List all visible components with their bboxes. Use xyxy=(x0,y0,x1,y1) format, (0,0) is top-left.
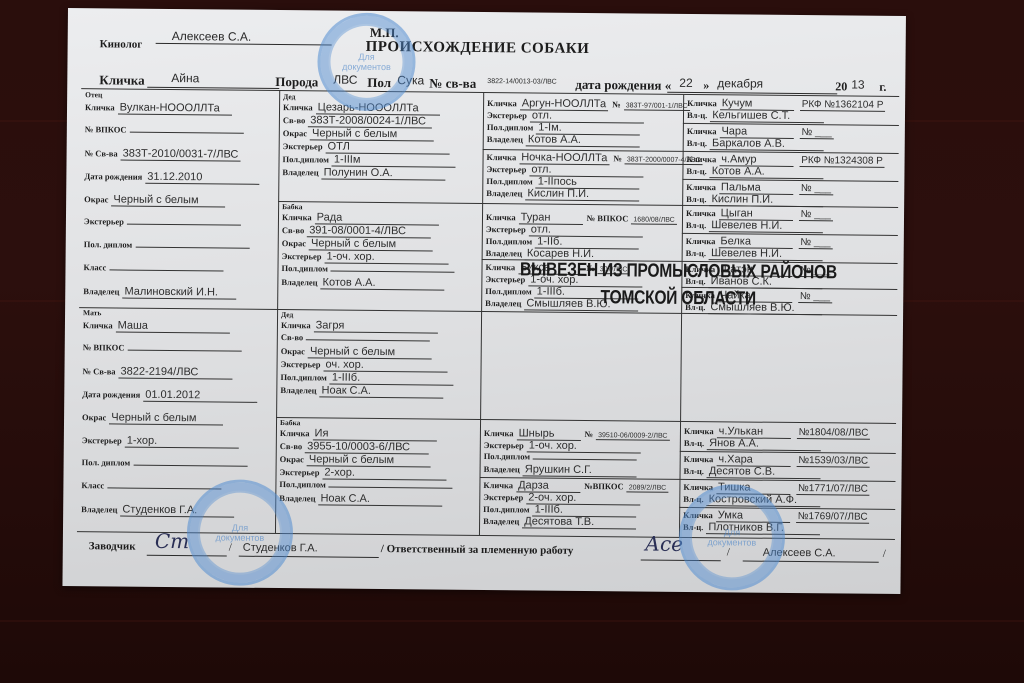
grandparent-field-label: Владелец xyxy=(280,385,316,395)
divider xyxy=(278,201,482,204)
ggg-name-label: Кличка xyxy=(686,236,716,246)
father-field: № Св-ва383Т-2010/0031-7/ЛВС xyxy=(85,147,241,161)
role-label: Отец xyxy=(85,90,102,99)
dob-year-prefix: 20 xyxy=(835,79,847,94)
grandparent-field-label: Кличка xyxy=(280,428,310,438)
grandparent-field-value xyxy=(306,339,430,341)
mother-field-label: Пол. диплом xyxy=(82,457,131,467)
notice-line-2: ТОМСКОЙ ОБЛАСТИ xyxy=(508,283,848,313)
stamp-icon: Для документов xyxy=(317,12,416,111)
gg-num-label: № ВПКОС xyxy=(587,213,629,223)
father-field-value xyxy=(135,247,249,249)
ggg-owner-label: Вл-ц. xyxy=(686,220,706,230)
father-field-label: Экстерьер xyxy=(84,216,124,226)
dob-day: 22 xyxy=(679,76,692,90)
mother-field: № ВПКОС xyxy=(83,342,242,354)
father-field-label: № Св-ва xyxy=(85,148,118,158)
grandparent-field-value: Черный с белым xyxy=(310,127,434,141)
gg-num-label: №ВПКОС xyxy=(584,481,624,491)
gg-owner-label: Владелец xyxy=(484,464,520,474)
ggg-owner-value: Десятов С.В. xyxy=(707,465,821,479)
father-field: ВладелецМалиновский И.Н. xyxy=(83,285,236,299)
pedigree-certificate: Кинолог Алексеев С.А. М.П. ПРОИСХОЖДЕНИЕ… xyxy=(62,8,906,594)
gg-num-label: № xyxy=(613,153,622,163)
mother-field-label: Дата рождения xyxy=(82,389,140,400)
mother-field-label: Класс xyxy=(81,480,104,490)
responsible-label: / Ответственный за племенную работу xyxy=(381,543,574,557)
grandparent-field-label: Св-во xyxy=(282,225,304,235)
grandparent-field-label: Кличка xyxy=(283,102,313,112)
father-field-label: № ВПКОС xyxy=(85,124,127,134)
dob-year-end: г. xyxy=(879,80,886,95)
grandparent-field-value: Черный с белым xyxy=(309,237,433,251)
gg-diploma-value xyxy=(533,458,637,460)
gg-name-label: Кличка xyxy=(487,98,517,108)
father-field: КличкаВулкан-НОООЛЛТа xyxy=(85,101,232,115)
gg-exterior-label: Экстерьер xyxy=(487,110,527,120)
ggg-owner-value: Баркалов А.В. xyxy=(710,137,824,151)
ggg-owner-label: Вл-ц. xyxy=(684,438,704,448)
ggg-owner-label: Вл-ц. xyxy=(686,166,706,176)
grandparent-field-label: Экстерьер xyxy=(282,251,322,261)
grandparent-field-value: Ноак С.А. xyxy=(318,492,442,506)
ggg-owner-value: Кислин П.И. xyxy=(709,193,823,207)
grandparent-field: ВладелецКотов А.А. xyxy=(281,276,444,291)
grandparent-field-label: Св-во xyxy=(281,332,303,342)
role-label: Бабка xyxy=(280,418,301,427)
pedigree-grid: ОтецКличкаВулкан-НОООЛЛТа№ ВПКОС№ Св-ва3… xyxy=(77,88,899,540)
grandparent-field-value xyxy=(331,271,455,273)
mother-field-label: Экстерьер xyxy=(82,435,122,445)
father-field-label: Кличка xyxy=(85,102,115,112)
gg-owner-label: Владелец xyxy=(483,516,519,526)
dob-year-suffix: 13 xyxy=(851,78,864,92)
gg-diploma: Пол.диплом xyxy=(484,451,637,462)
grandparent-field-value: 3955-10/0003-6/ЛВС xyxy=(305,440,429,454)
stamp-text: документов xyxy=(708,537,757,547)
grandparent-field: ВладелецНоак С.А. xyxy=(280,384,443,399)
grandparent-field-value: ОТЛ xyxy=(326,140,450,154)
mother-field-label: № ВПКОС xyxy=(83,342,125,352)
father-field-value: Вулкан-НОООЛЛТа xyxy=(118,101,232,115)
mother-field-value xyxy=(133,465,247,467)
gg-exterior-label: Экстерьер xyxy=(486,224,526,234)
ggg-owner-value: Шевелев Н.И. xyxy=(709,219,823,233)
gg-diploma-label: Пол.диплом xyxy=(486,236,532,246)
grandparent-field-value: 1-оч. хор. xyxy=(324,250,448,264)
gg-exterior-label: Экстерьер xyxy=(483,492,523,502)
nickname-value: Айна xyxy=(171,71,199,85)
wood-grain xyxy=(0,620,1024,622)
gg-diploma-label: Пол.диплом xyxy=(483,504,529,514)
grandparent-field-label: Кличка xyxy=(281,320,311,330)
father-field: № ВПКОС xyxy=(85,124,244,136)
mother-field-label: № Св-ва xyxy=(82,366,115,376)
mother-field-value: 1-хор. xyxy=(125,435,239,449)
mother-field: № Св-ва3822-2194/ЛВС xyxy=(82,365,232,379)
grandparent-field-label: Св-во xyxy=(283,115,305,125)
ggg-name-label: Кличка xyxy=(687,126,717,136)
grandparent-field-label: Владелец xyxy=(282,167,318,177)
father-field-label: Владелец xyxy=(83,286,119,296)
ggg-owner-value: Кельгишев С.Т. xyxy=(710,109,824,123)
ggg-owner: Вл-ц.Янов А.А. xyxy=(684,437,821,451)
gg-owner-value: Десятова Т.В. xyxy=(522,515,636,529)
ggg-name-label: Кличка xyxy=(687,98,717,108)
gg-name-label: Кличка xyxy=(484,428,514,438)
cert-value: 3822-14/0013-03/ЛВС xyxy=(487,78,556,86)
mother-field-label: Кличка xyxy=(83,320,113,330)
grandparent-field-value: 383Т-2008/0024-1/ЛВС xyxy=(308,114,432,128)
gg-owner: ВладелецКотов А.А. xyxy=(487,133,640,147)
ggg-owner-label: Вл-ц. xyxy=(687,110,707,120)
father-field-label: Пол. диплом xyxy=(84,239,133,249)
role-label: Дед xyxy=(281,310,293,319)
father-field-label: Класс xyxy=(83,262,106,272)
ggg-owner-label: Вл-ц. xyxy=(684,466,704,476)
gg-owner: ВладелецКислин П.И. xyxy=(486,187,639,201)
stamp-text: Для xyxy=(724,527,740,537)
gg-owner-label: Владелец xyxy=(486,188,522,198)
ggg-owner: Вл-ц.Баркалов А.В. xyxy=(687,137,824,151)
gg-diploma-label: Пол.диплом xyxy=(484,451,530,461)
divider xyxy=(480,419,896,424)
grandparent-field-label: Экстерьер xyxy=(280,467,320,477)
ggg-name-label: Кличка xyxy=(684,454,714,464)
ggg-owner: Вл-ц.Котов А.А. xyxy=(686,165,823,179)
grandparent-field-label: Св-во xyxy=(280,441,302,451)
gg-name-label: Кличка xyxy=(487,152,517,162)
grandparent-field-value: Загря xyxy=(314,319,438,333)
grandparent-field-label: Владелец xyxy=(279,493,315,503)
grandparent-field-value: 1-IIIм xyxy=(332,154,456,168)
ggg-owner: Вл-ц.Шевелев Н.И. xyxy=(686,219,823,233)
underline xyxy=(156,43,332,46)
divider xyxy=(276,417,480,420)
grandparent-field-value: Черный с белым xyxy=(307,453,431,467)
grandparent-field: Св-во xyxy=(281,332,430,343)
mother-field: Дата рождения01.01.2012 xyxy=(82,388,257,403)
grandparent-field-label: Пол.диплом xyxy=(279,479,325,489)
father-section: ОтецКличкаВулкан-НОООЛЛТа№ ВПКОС№ Св-ва3… xyxy=(83,91,277,307)
mother-field: Экстерьер1-хор. xyxy=(82,434,239,449)
ggg-owner-value: Янов А.А. xyxy=(707,437,821,451)
mother-field-value: Черный с белым xyxy=(109,411,223,425)
gg-num-label: № xyxy=(612,99,621,109)
mother-field: Пол. диплом xyxy=(82,457,248,469)
dob-month: декабря xyxy=(717,76,763,90)
mother-field-value: 3822-2194/ЛВС xyxy=(119,366,233,380)
father-field-label: Дата рождения xyxy=(84,171,142,182)
role-label: Бабка xyxy=(282,202,303,211)
gg-exterior-label: Экстерьер xyxy=(486,164,526,174)
father-field-value: 31.12.2010 xyxy=(145,171,259,185)
father-field: Экстерьер xyxy=(84,216,241,228)
gg-name-label: Кличка xyxy=(486,212,516,222)
grandparent-field-value: Котов А.А. xyxy=(321,276,445,290)
grandparent-field-value: оч. хор. xyxy=(323,358,447,372)
ggg-name-label: Кличка xyxy=(684,426,714,436)
father-field: Класс xyxy=(83,262,223,273)
grandparent-field-label: Экстерьер xyxy=(283,141,323,151)
stamp-text: документов xyxy=(342,62,391,72)
breeder-signature: Ст xyxy=(155,529,190,553)
ggg-owner: Вл-ц.Кислин П.И. xyxy=(686,193,823,207)
mother-field-label: Окрас xyxy=(82,412,106,422)
father-field: Дата рождения31.12.2010 xyxy=(84,170,259,185)
grandparent-field-label: Кличка xyxy=(282,212,312,222)
ggg-name-label: Кличка xyxy=(686,182,716,192)
stamp-text: Для xyxy=(232,523,248,533)
ggg-owner: Вл-ц.Десятов С.В. xyxy=(684,465,821,479)
grandparent-field-value: Полунин О.А. xyxy=(322,166,446,180)
grandparent-field-value: 391-08/0001-4/ЛВС xyxy=(307,224,431,238)
ggg-owner-label: Вл-ц. xyxy=(686,248,706,258)
kinolog-value: Алексеев С.А. xyxy=(172,29,252,44)
father-field-value xyxy=(127,224,241,226)
dob-label: дата рождения « xyxy=(575,77,671,94)
mother-field-label: Владелец xyxy=(81,504,117,514)
grandparent-field-label: Пол.диплом xyxy=(283,154,329,164)
role-label: Мать xyxy=(83,308,101,317)
grandparent-field-label: Окрас xyxy=(281,346,305,356)
gg-owner-value: Котов А.А. xyxy=(526,133,640,147)
dob-separator: » xyxy=(703,78,709,93)
grandparent-field: ВладелецПолунин О.А. xyxy=(282,166,445,181)
stamp-text: документов xyxy=(216,532,265,542)
responsible-signature: Асе xyxy=(645,532,683,556)
grandparent-field-value: 1-IIIб. xyxy=(330,372,454,386)
cert-label: № св-ва xyxy=(429,75,476,91)
role-label: Дед xyxy=(283,92,295,101)
gg-owner-value: Ярушкин С.Г. xyxy=(523,463,637,477)
mother-field-value: 01.01.2012 xyxy=(143,389,257,403)
mother-field-value xyxy=(107,487,221,489)
mother-field-value: Маша xyxy=(116,319,230,333)
father-field-value: Черный с белым xyxy=(111,193,225,207)
stamp-text: Для xyxy=(358,52,374,62)
ggg-owner-label: Вл-ц. xyxy=(687,138,707,148)
grandparent-field-label: Пол.диплом xyxy=(281,263,327,273)
gg-owner: ВладелецЯрушкин С.Г. xyxy=(484,463,637,477)
notice-line-1: ВЫВЕЗЕН ИЗ ПРОМЫСЛОВЫХ РАЙОНОВ xyxy=(509,256,849,286)
ggg-owner-label: Вл-ц. xyxy=(686,194,706,204)
father-field-value xyxy=(109,269,223,271)
father-field-value: Малиновский И.Н. xyxy=(122,286,236,300)
stamp-icon: Для документов xyxy=(678,484,785,591)
ggg-owner: Вл-ц.Кельгишев С.Т. xyxy=(687,109,824,123)
father-field: Пол. диплом xyxy=(84,239,250,251)
gg-name-label: Кличка xyxy=(483,480,513,490)
notice-text: ВЫВЕЗЕН ИЗ ПРОМЫСЛОВЫХ РАЙОНОВ ТОМСКОЙ О… xyxy=(508,256,848,313)
grandparent-field-label: Пол.диплом xyxy=(280,372,326,382)
gg-exterior-label: Экстерьер xyxy=(484,440,524,450)
grandparent-field-label: Окрас xyxy=(283,128,307,138)
father-field: ОкрасЧерный с белым xyxy=(84,193,225,207)
gg-owner-label: Владелец xyxy=(487,134,523,144)
gg-owner: ВладелецДесятова Т.В. xyxy=(483,515,636,529)
mother-field: КличкаМаша xyxy=(83,319,230,333)
father-field-value xyxy=(130,132,244,134)
nickname-label: Кличка xyxy=(99,72,144,88)
mother-field: ОкрасЧерный с белым xyxy=(82,411,223,425)
breed-label: Порода xyxy=(275,74,318,90)
breeder-label: Заводчик xyxy=(89,540,136,552)
grandparent-field-value: Рада xyxy=(315,211,439,225)
grandparent-field: ВладелецНоак С.А. xyxy=(279,492,442,507)
gg-diploma-label: Пол.диплом xyxy=(486,176,532,186)
gg-num-label: № xyxy=(585,429,594,439)
father-field-value: 383Т-2010/0031-7/ЛВС xyxy=(121,148,241,162)
grandparent-field-label: Окрас xyxy=(280,454,304,464)
grandparent-field-label: Экстерьер xyxy=(281,359,321,369)
mother-field-value xyxy=(127,350,241,352)
mother-field: Класс xyxy=(81,480,221,491)
ggg-owner-value: Котов А.А. xyxy=(710,165,824,179)
grandparent-field-label: Владелец xyxy=(281,277,317,287)
grandparent-field-value: Черный с белым xyxy=(308,345,432,359)
ggg-name-label: Кличка xyxy=(687,154,717,164)
grandparent-field: Пол.диплом xyxy=(281,263,454,275)
separator: / xyxy=(883,548,886,560)
gg-owner-value: Кислин П.И. xyxy=(525,187,639,201)
grandparent-field: Пол.диплом xyxy=(279,479,452,491)
stamp-icon: Для документов xyxy=(186,479,293,586)
grandparent-field-value: 2-хор. xyxy=(322,466,446,480)
grandparent-field-value: Ноак С.А. xyxy=(319,384,443,398)
gg-diploma-label: Пол.диплом xyxy=(487,122,533,132)
grandparent-field-value: Ия xyxy=(313,427,437,441)
grandparent-field-label: Окрас xyxy=(282,238,306,248)
kinolog-label: Кинолог xyxy=(100,38,143,50)
ggg-name-label: Кличка xyxy=(686,208,716,218)
grandparent-field-value xyxy=(329,487,453,489)
father-field-label: Окрас xyxy=(84,194,108,204)
